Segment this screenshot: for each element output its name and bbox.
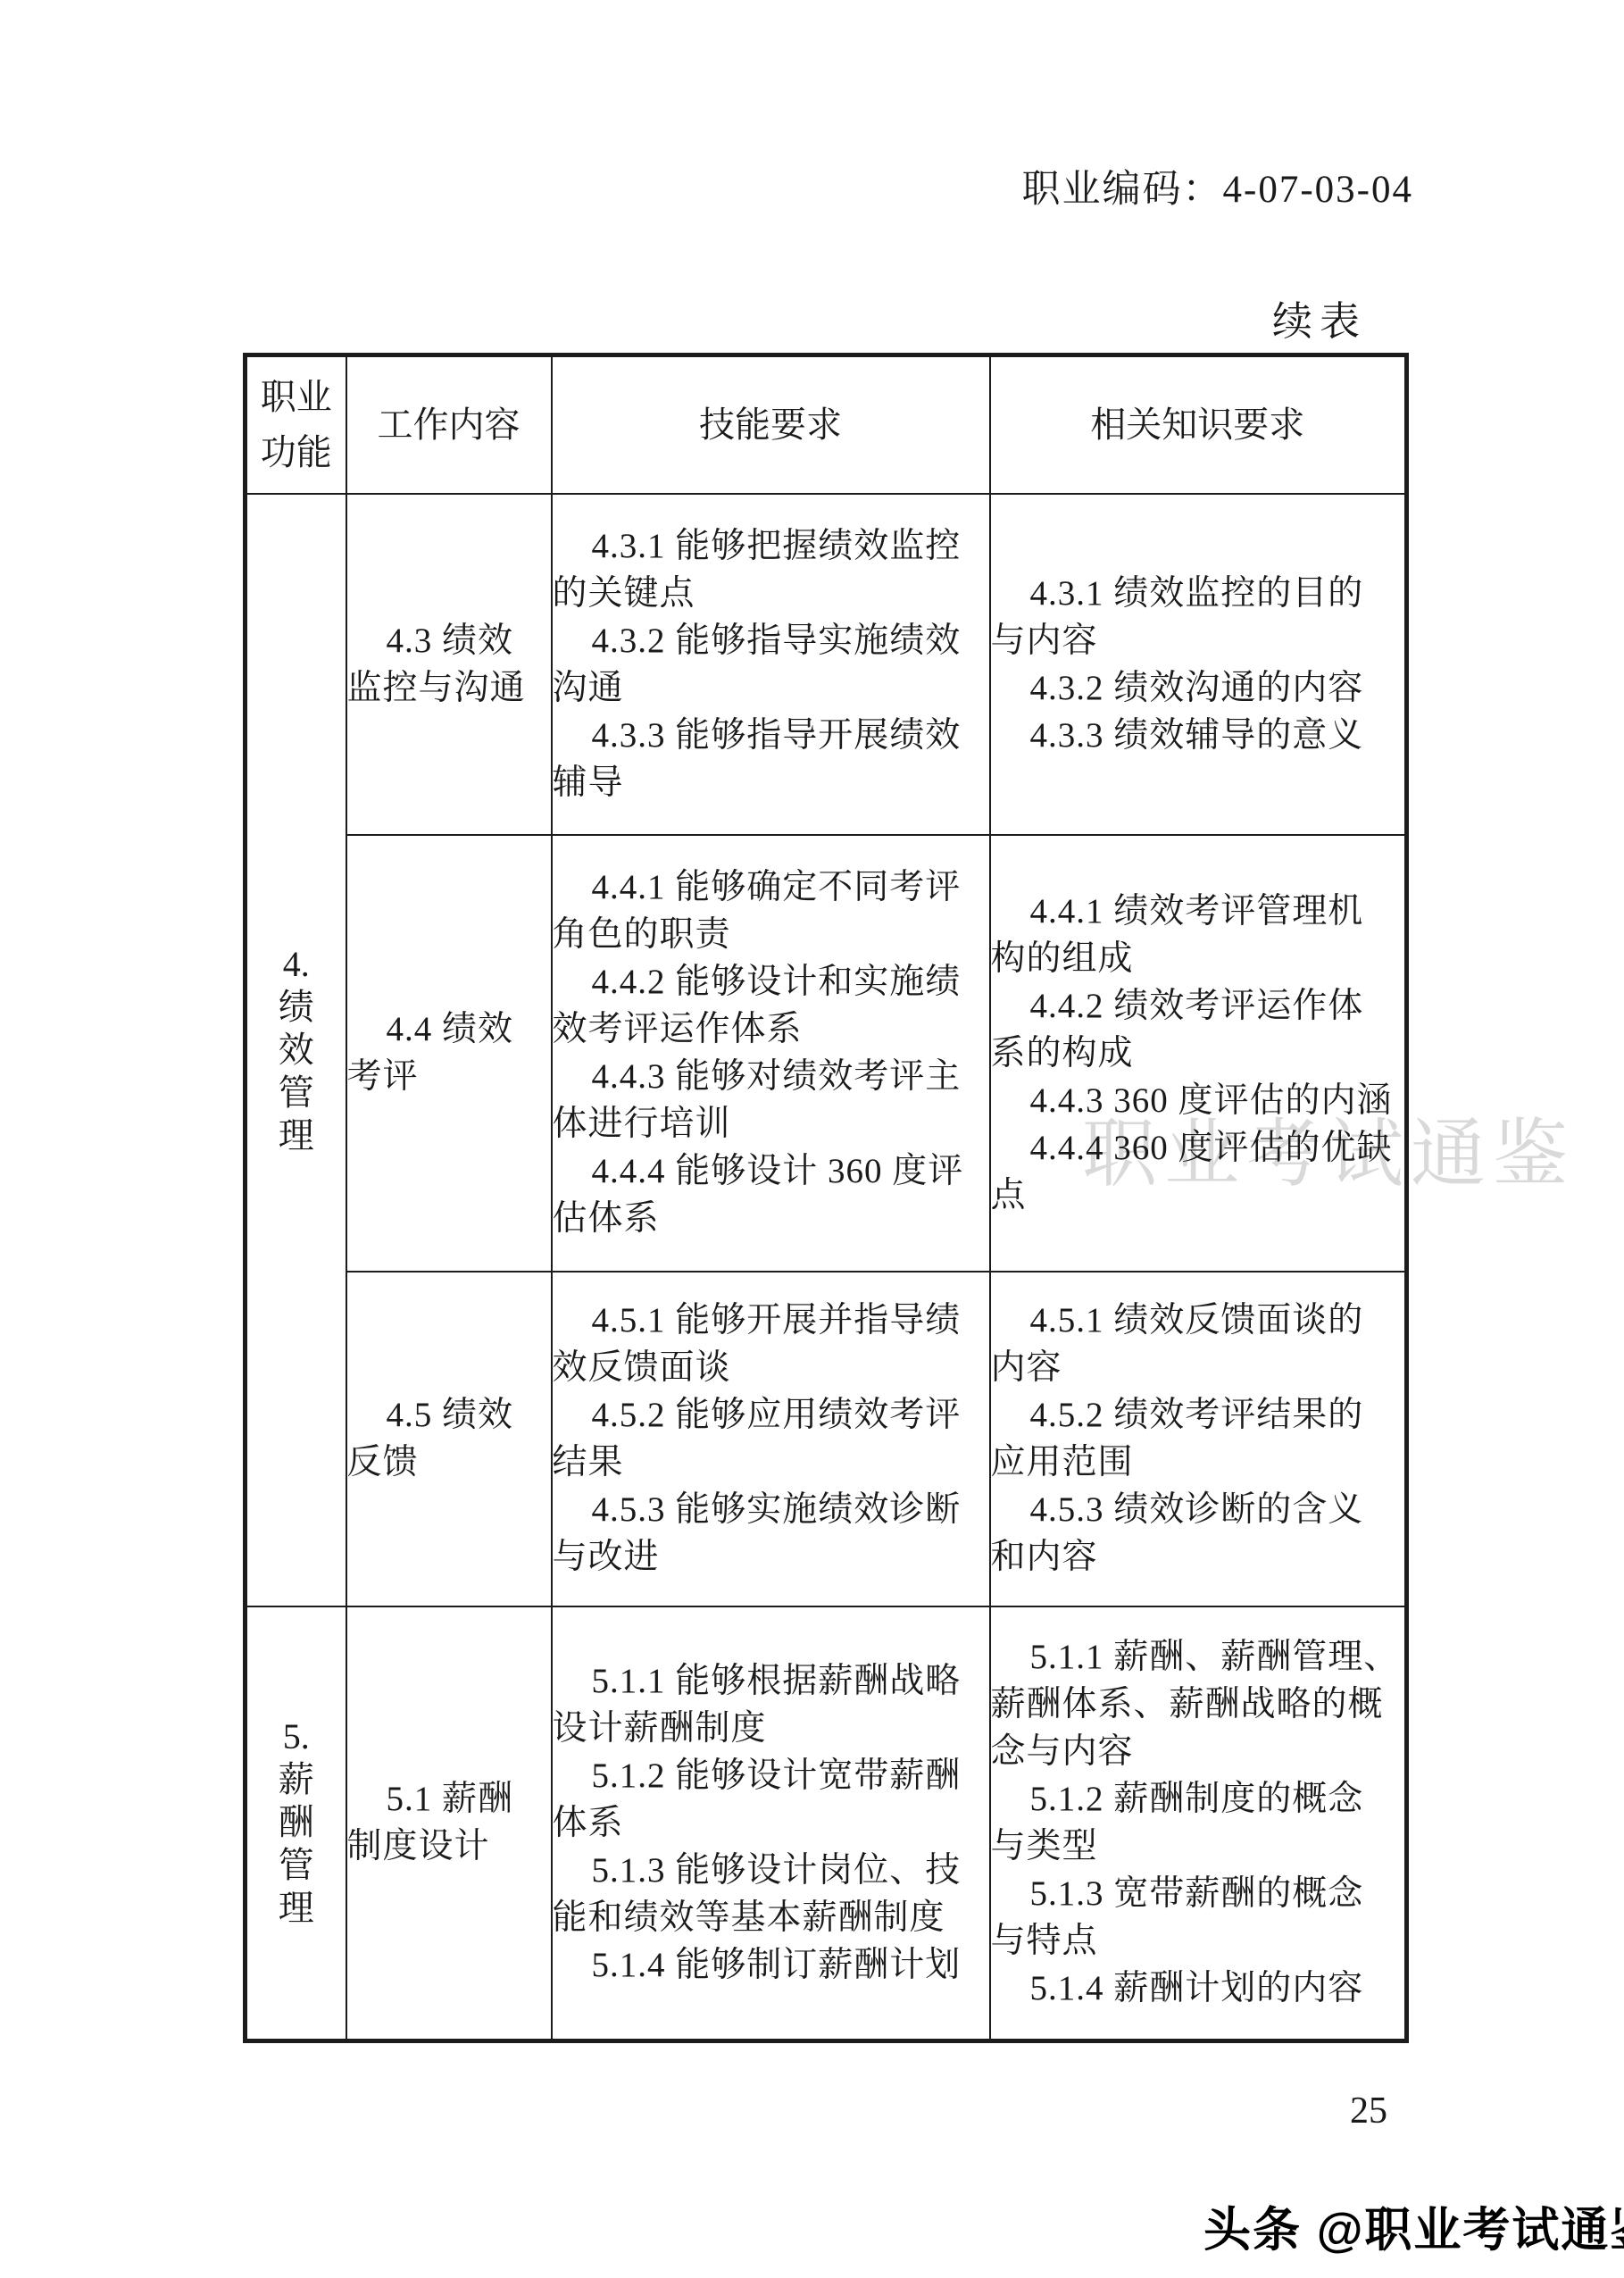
skills-line: 4.3.2 能够指导实施绩效 [553, 617, 989, 664]
knowledge-line: 4.5.1 绩效反馈面谈的 [991, 1297, 1405, 1344]
skills-line: 5.1.1 能够根据薪酬战略 [553, 1657, 989, 1705]
knowledge-line: 4.5.2 绩效考评结果的 [991, 1391, 1405, 1439]
function-name-char: 绩 [247, 986, 346, 1029]
column-header-work-content: 工作内容 [346, 355, 552, 494]
knowledge-line: 系的构成 [991, 1030, 1405, 1077]
knowledge-line: 5.1.4 薪酬计划的内容 [991, 1965, 1405, 2012]
function-cell: 4.绩效管理 [246, 494, 346, 1606]
requirements-table: 职业功能工作内容技能要求相关知识要求4.绩效管理4.3 绩效监控与沟通4.3.1… [243, 353, 1409, 2043]
knowledge-line: 应用范围 [991, 1439, 1405, 1486]
knowledge-line: 4.4.1 绩效考评管理机 [991, 888, 1405, 935]
knowledge-line: 与类型 [991, 1823, 1405, 1870]
column-header-function: 职业功能 [246, 355, 346, 494]
skills-line: 4.4.1 能够确定不同考评 [553, 864, 989, 911]
skills-line: 4.3.1 能够把握绩效监控 [553, 522, 989, 570]
work-content-cell: 5.1 薪酬制度设计 [346, 1606, 552, 2041]
skills-cell: 4.5.1 能够开展并指导绩效反馈面谈4.5.2 能够应用绩效考评结果4.5.3… [552, 1272, 990, 1606]
knowledge-cell: 4.5.1 绩效反馈面谈的内容4.5.2 绩效考评结果的应用范围4.5.3 绩效… [990, 1272, 1407, 1606]
column-header-line: 职业 [247, 370, 346, 425]
work-content-line: 反馈 [347, 1439, 551, 1486]
footer-watermark: 头条 @职业考试通鉴 [1203, 2192, 1624, 2260]
work-content-line: 5.1 薪酬 [347, 1775, 551, 1823]
skills-line: 角色的职责 [553, 911, 989, 958]
skills-line: 4.4.3 能够对绩效考评主 [553, 1053, 989, 1100]
skills-line: 效考评运作体系 [553, 1005, 989, 1053]
knowledge-line: 5.1.3 宽带薪酬的概念 [991, 1870, 1405, 1917]
skills-line: 4.5.1 能够开展并指导绩 [553, 1297, 989, 1344]
function-name-char: 效 [247, 1029, 346, 1072]
skills-line: 4.5.3 能够实施绩效诊断 [553, 1486, 989, 1533]
skills-line: 效反馈面谈 [553, 1344, 989, 1391]
function-name-char: 管 [247, 1072, 346, 1114]
knowledge-line: 4.5.3 绩效诊断的含义 [991, 1486, 1405, 1533]
column-header-skills: 技能要求 [552, 355, 990, 494]
knowledge-line: 5.1.2 薪酬制度的概念 [991, 1775, 1405, 1823]
skills-line: 5.1.2 能够设计宽带薪酬 [553, 1752, 989, 1799]
work-content-line: 制度设计 [347, 1823, 551, 1870]
function-name-char: 薪 [247, 1758, 346, 1801]
knowledge-cell: 4.4.1 绩效考评管理机构的组成4.4.2 绩效考评运作体系的构成4.4.3 … [990, 835, 1407, 1272]
skills-line: 设计薪酬制度 [553, 1705, 989, 1752]
knowledge-line: 内容 [991, 1344, 1405, 1391]
table-row: 5.薪酬管理5.1 薪酬制度设计5.1.1 能够根据薪酬战略设计薪酬制度5.1.… [246, 1606, 1407, 2041]
knowledge-line: 4.3.1 绩效监控的目的 [991, 570, 1405, 617]
table-row: 4.绩效管理4.3 绩效监控与沟通4.3.1 能够把握绩效监控的关键点4.3.2… [246, 494, 1407, 835]
knowledge-line: 与内容 [991, 617, 1405, 664]
skills-line: 4.3.3 能够指导开展绩效 [553, 712, 989, 759]
table-row: 4.5 绩效反馈4.5.1 能够开展并指导绩效反馈面谈4.5.2 能够应用绩效考… [246, 1272, 1407, 1606]
work-content-cell: 4.4 绩效考评 [346, 835, 552, 1272]
knowledge-line: 4.4.2 绩效考评运作体 [991, 982, 1405, 1030]
continued-table-label: 续表 [1272, 288, 1367, 346]
work-content-line: 4.5 绩效 [347, 1391, 551, 1439]
knowledge-line: 5.1.1 薪酬、薪酬管理、 [991, 1633, 1405, 1681]
function-cell: 5.薪酬管理 [246, 1606, 346, 2041]
skills-line: 的关键点 [553, 570, 989, 617]
skills-line: 体进行培训 [553, 1100, 989, 1147]
function-name-char: 管 [247, 1844, 346, 1887]
work-content-line: 监控与沟通 [347, 664, 551, 712]
knowledge-line: 点 [991, 1172, 1405, 1219]
work-content-cell: 4.3 绩效监控与沟通 [346, 494, 552, 835]
skills-line: 4.4.4 能够设计 360 度评 [553, 1147, 989, 1195]
skills-line: 5.1.3 能够设计岗位、技 [553, 1847, 989, 1894]
skills-line: 能和绩效等基本薪酬制度 [553, 1894, 989, 1941]
skills-line: 4.4.2 能够设计和实施绩 [553, 958, 989, 1005]
page-number: 25 [1350, 2090, 1387, 2132]
skills-cell: 4.3.1 能够把握绩效监控的关键点4.3.2 能够指导实施绩效沟通4.3.3 … [552, 494, 990, 835]
column-header-line: 功能 [247, 425, 346, 480]
skills-line: 辅导 [553, 759, 989, 806]
skills-line: 体系 [553, 1799, 989, 1847]
knowledge-line: 念与内容 [991, 1728, 1405, 1775]
skills-line: 与改进 [553, 1533, 989, 1581]
document-page: { "page": { "header_code": "职业编码：4-07-03… [0, 0, 1624, 2278]
knowledge-cell: 4.3.1 绩效监控的目的与内容4.3.2 绩效沟通的内容4.3.3 绩效辅导的… [990, 494, 1407, 835]
skills-line: 5.1.4 能够制订薪酬计划 [553, 1941, 989, 1989]
work-content-cell: 4.5 绩效反馈 [346, 1272, 552, 1606]
knowledge-cell: 5.1.1 薪酬、薪酬管理、薪酬体系、薪酬战略的概念与内容5.1.2 薪酬制度的… [990, 1606, 1407, 2041]
knowledge-line: 构的组成 [991, 935, 1405, 982]
skills-line: 结果 [553, 1439, 989, 1486]
skills-line: 4.5.2 能够应用绩效考评 [553, 1391, 989, 1439]
function-number: 4. [247, 943, 346, 986]
work-content-line: 4.4 绩效 [347, 1005, 551, 1053]
function-number: 5. [247, 1715, 346, 1758]
function-name-char: 理 [247, 1887, 346, 1930]
skills-cell: 5.1.1 能够根据薪酬战略设计薪酬制度5.1.2 能够设计宽带薪酬体系5.1.… [552, 1606, 990, 2041]
work-content-line: 4.3 绩效 [347, 617, 551, 664]
table-header-row: 职业功能工作内容技能要求相关知识要求 [246, 355, 1407, 494]
occupation-code: 职业编码：4-07-03-04 [1022, 159, 1413, 213]
skills-line: 估体系 [553, 1195, 989, 1242]
knowledge-line: 4.3.3 绩效辅导的意义 [991, 712, 1405, 759]
function-name-char: 理 [247, 1114, 346, 1157]
knowledge-line: 薪酬体系、薪酬战略的概 [991, 1681, 1405, 1728]
column-header-knowledge: 相关知识要求 [990, 355, 1407, 494]
function-name-char: 酬 [247, 1801, 346, 1844]
work-content-line: 考评 [347, 1053, 551, 1100]
knowledge-line: 与特点 [991, 1917, 1405, 1965]
knowledge-line: 4.4.3 360 度评估的内涵 [991, 1077, 1405, 1124]
knowledge-line: 4.4.4 360 度评估的优缺 [991, 1124, 1405, 1172]
knowledge-line: 4.3.2 绩效沟通的内容 [991, 664, 1405, 712]
knowledge-line: 和内容 [991, 1533, 1405, 1581]
skills-cell: 4.4.1 能够确定不同考评角色的职责4.4.2 能够设计和实施绩效考评运作体系… [552, 835, 990, 1272]
table-row: 4.4 绩效考评4.4.1 能够确定不同考评角色的职责4.4.2 能够设计和实施… [246, 835, 1407, 1272]
skills-line: 沟通 [553, 664, 989, 712]
